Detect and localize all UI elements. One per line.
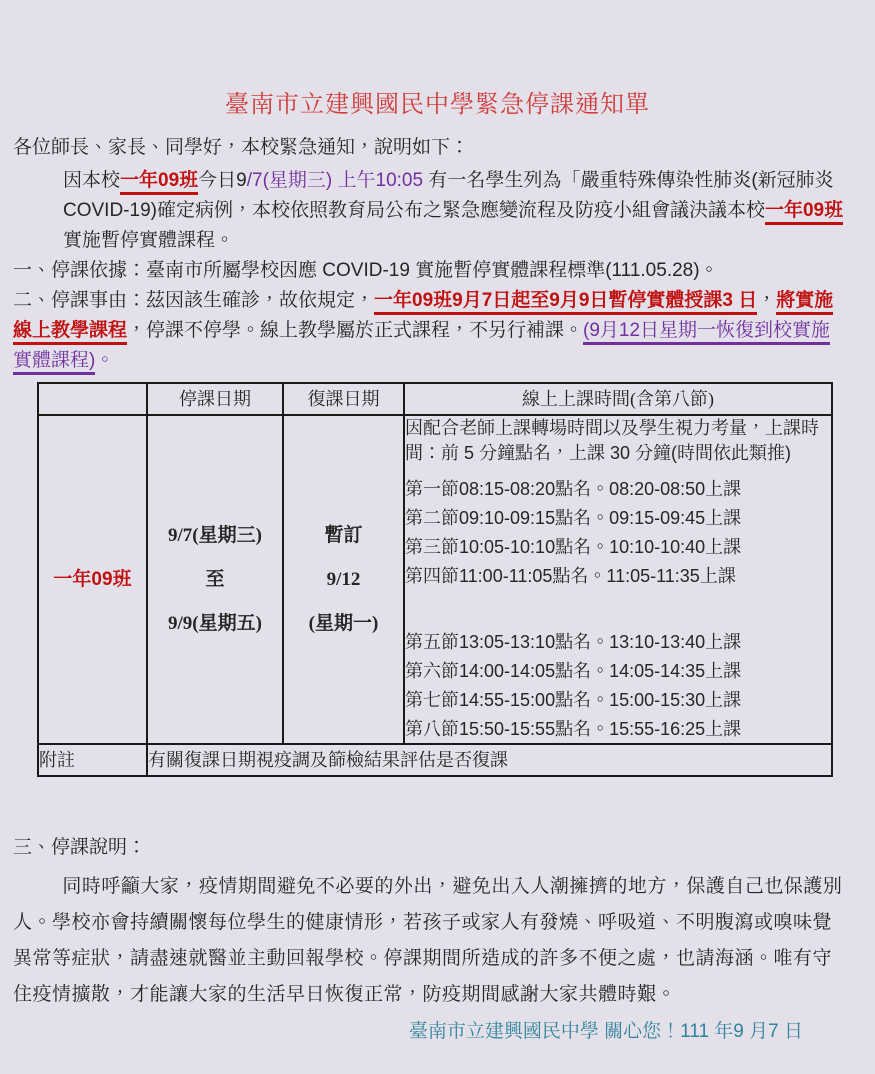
class-name-cell: 一年09班 [38, 415, 147, 744]
period-line: 第八節15:50-15:55點名。15:55-16:25上課 [405, 715, 831, 743]
section-3-explanation: 三、停課說明： 同時呼籲大家，疫情期間避免不必要的外出，避免出入人潮擁擠的地方，… [13, 833, 847, 1013]
text-run: 一、停課依據：臺南市所屬學校因應 COVID-19 實施暫停實體課程標準(111… [13, 260, 719, 281]
lunch-break-gap [405, 590, 831, 627]
resume-date-line: 9/12 [284, 558, 403, 602]
text-run: 一年09班9月7日起至9月9日暫停實體授課3 日 [374, 290, 757, 315]
table-header-online-time: 線上上課時間(含第八節) [404, 383, 832, 415]
period-line: 第三節10:05-10:10點名。10:10-10:40上課 [405, 533, 831, 561]
online-schedule-cell: 因配合老師上課轉場時間以及學生視力考量，上課時間：前 5 分鐘點名，上課 30 … [404, 415, 832, 744]
suspension-date-line: 至 [148, 558, 282, 602]
section-3-body: 同時呼籲大家，疫情期間避免不必要的外出，避免出入人潮擁擠的地方，保護自己也保護別… [13, 869, 847, 1013]
period-line: 第五節13:05-13:10點名。13:10-13:40上課 [405, 628, 831, 656]
section-3-heading: 三、停課說明： [13, 833, 847, 863]
suspension-date-line: 9/7(星期三) [148, 514, 282, 558]
text-run: 因本校 [63, 170, 120, 191]
period-line: 第七節14:55-15:00點名。15:00-15:30上課 [405, 686, 831, 714]
suspension-date-line: 9/9(星期五) [148, 602, 282, 646]
period-line: 第四節11:00-11:05點名。11:05-11:35上課 [405, 562, 831, 590]
resume-dates-cell: 暫訂9/12(星期一) [283, 415, 404, 744]
resume-date-line: 暫訂 [284, 514, 403, 558]
schedule-intro: 因配合老師上課轉場時間以及學生視力考量，上課時間：前 5 分鐘點名，上課 30 … [405, 416, 831, 466]
afternoon-periods: 第五節13:05-13:10點名。13:10-13:40上課第六節14:00-1… [405, 628, 831, 743]
text-run: 一年09班 [765, 200, 843, 225]
page-title: 臺南市立建興國民中學緊急停課通知單 [0, 0, 875, 119]
period-line: 第六節14:00-14:05點名。14:05-14:35上課 [405, 657, 831, 685]
text-run: /7(星期三) 上午10:05 [247, 170, 423, 191]
suspension-dates-cell: 9/7(星期三)至9/9(星期五) [147, 415, 283, 744]
table-note-row: 附註 有關復課日期視疫調及篩檢結果評估是否復課 [38, 744, 832, 776]
table-header-suspension-date: 停課日期 [147, 383, 283, 415]
text-run: 一年09班 [120, 170, 198, 195]
period-line: 第一節08:15-08:20點名。08:20-08:50上課 [405, 475, 831, 503]
schedule-table: 停課日期 復課日期 線上上課時間(含第八節) 一年09班 9/7(星期三)至9/… [37, 382, 833, 777]
text-run: ，停課不停學。線上教學屬於正式課程，不另行補課。 [127, 320, 583, 341]
text-run: 二、停課事由：茲因該生確診，故依規定， [13, 290, 374, 311]
item2-suspension-reason: 二、停課事由：茲因該生確診，故依規定，一年09班9月7日起至9月9日暫停實體授課… [13, 286, 847, 376]
suspension-notice-document: 臺南市立建興國民中學緊急停課通知單 各位師長、家長、同學好，本校緊急通知，說明如… [0, 0, 875, 1074]
item1-suspension-basis: 一、停課依據：臺南市所屬學校因應 COVID-19 實施暫停實體課程標準(111… [13, 256, 847, 286]
text-run: 今日9 [198, 170, 247, 191]
text-run: 實施暫停實體課程。 [63, 230, 234, 251]
table-header-row: 停課日期 復課日期 線上上課時間(含第八節) [38, 383, 832, 415]
text-run: ， [757, 290, 776, 311]
table-main-row: 一年09班 9/7(星期三)至9/9(星期五) 暫訂9/12(星期一) 因配合老… [38, 415, 832, 744]
morning-periods: 第一節08:15-08:20點名。08:20-08:50上課第二節09:10-0… [405, 475, 831, 590]
table-header-resume-date: 復課日期 [283, 383, 404, 415]
notice-body: 各位師長、家長、同學好，本校緊急通知，說明如下： 因本校一年09班今日9/7(星… [0, 133, 875, 1047]
incident-paragraph: 因本校一年09班今日9/7(星期三) 上午10:05 有一名學生列為「嚴重特殊傳… [13, 166, 847, 256]
resume-date-line: (星期一) [284, 602, 403, 646]
text-run: 。 [95, 350, 114, 371]
note-text-cell: 有關復課日期視疫調及篩檢結果評估是否復課 [147, 744, 832, 776]
table-header-class [38, 383, 147, 415]
period-line: 第二節09:10-09:15點名。09:15-09:45上課 [405, 504, 831, 532]
greeting-line: 各位師長、家長、同學好，本校緊急通知，說明如下： [13, 133, 847, 163]
signature-line: 臺南市立建興國民中學 關心您！111 年9 月7 日 [13, 1017, 803, 1047]
note-label-cell: 附註 [38, 744, 147, 776]
